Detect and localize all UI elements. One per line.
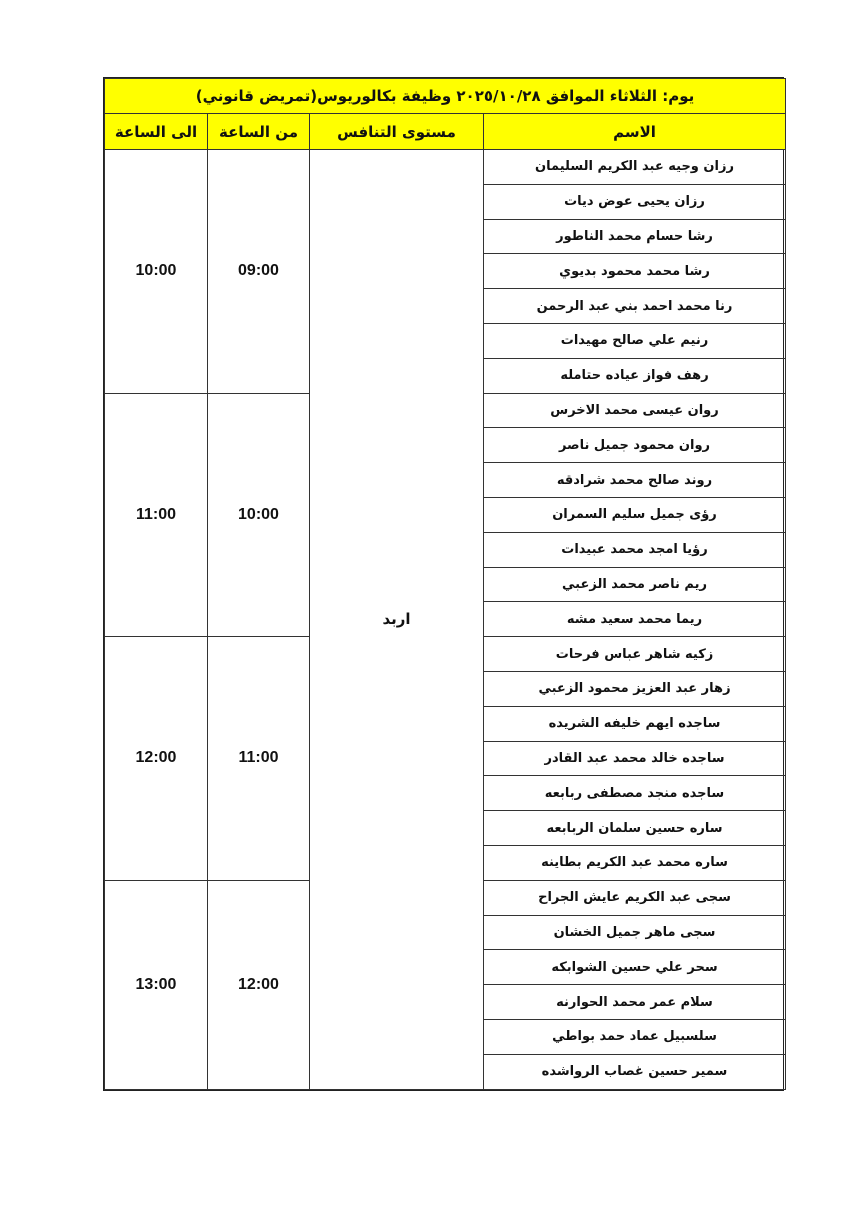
candidate-name: روان عيسى محمد الاخرس [484, 393, 786, 428]
title-row: يوم: الثلاثاء الموافق ٢٠٢٥/١٠/٢٨ وظيفة ب… [105, 79, 786, 114]
candidate-name: رؤى جميل سليم السمران [484, 497, 786, 532]
header-row: الاسم مستوى التنافس من الساعة الى الساعة [105, 114, 786, 150]
candidate-name: سجى ماهر جميل الخشان [484, 915, 786, 950]
candidate-name: ساجده ايهم خليفه الشريده [484, 706, 786, 741]
candidate-name: رزان يحيى عوض ديات [484, 184, 786, 219]
candidate-name: سمير حسين غصاب الرواشده [484, 1054, 786, 1089]
candidate-name: زكيه شاهر عباس فرحات [484, 637, 786, 672]
candidate-name: رشا محمد محمود بديوي [484, 254, 786, 289]
candidate-name: سجى عبد الكريم عايش الجراح [484, 880, 786, 915]
start-time: 09:00 [208, 150, 310, 394]
schedule-table: يوم: الثلاثاء الموافق ٢٠٢٥/١٠/٢٨ وظيفة ب… [104, 78, 786, 1090]
candidate-name: ساره حسين سلمان الربابعه [484, 811, 786, 846]
candidate-name: زهار عبد العزيز محمود الزعبي [484, 671, 786, 706]
start-time: 11:00 [208, 637, 310, 881]
candidate-name: سلام عمر محمد الحوارنه [484, 985, 786, 1020]
end-time: 13:00 [105, 880, 208, 1089]
header-from: من الساعة [208, 114, 310, 150]
candidate-name: سحر علي حسين الشوابكه [484, 950, 786, 985]
end-time: 11:00 [105, 393, 208, 637]
candidate-name: رنيم علي صالح مهيدات [484, 323, 786, 358]
candidate-name: ريما محمد سعيد مشه [484, 602, 786, 637]
end-time: 10:00 [105, 150, 208, 394]
start-time: 12:00 [208, 880, 310, 1089]
candidate-name: رشا حسام محمد الناطور [484, 219, 786, 254]
candidate-name: ساجده خالد محمد عبد القادر [484, 741, 786, 776]
candidate-name: ريم ناصر محمد الزعبي [484, 567, 786, 602]
candidate-name: ساره محمد عبد الكريم بطاينه [484, 845, 786, 880]
candidate-name: رهف فواز عياده حتامله [484, 358, 786, 393]
table-row: رزان وجيه عبد الكريم السليماناربد09:0010… [105, 150, 786, 185]
candidate-name: سلسبيل عماد حمد بواطي [484, 1019, 786, 1054]
header-level: مستوى التنافس [310, 114, 484, 150]
schedule-sheet: يوم: الثلاثاء الموافق ٢٠٢٥/١٠/٢٨ وظيفة ب… [103, 77, 784, 1091]
header-to: الى الساعة [105, 114, 208, 150]
end-time: 12:00 [105, 637, 208, 881]
candidate-name: ساجده منجد مصطفى ربابعه [484, 776, 786, 811]
candidate-name: روان محمود جميل ناصر [484, 428, 786, 463]
candidate-name: رزان وجيه عبد الكريم السليمان [484, 150, 786, 185]
candidate-name: رؤيا امجد محمد عبيدات [484, 532, 786, 567]
candidate-name: رنا محمد احمد بني عبد الرحمن [484, 289, 786, 324]
start-time: 10:00 [208, 393, 310, 637]
competition-level: اربد [310, 150, 484, 1090]
header-name: الاسم [484, 114, 786, 150]
candidate-name: روند صالح محمد شرادقه [484, 463, 786, 498]
page-title: يوم: الثلاثاء الموافق ٢٠٢٥/١٠/٢٨ وظيفة ب… [105, 79, 786, 114]
